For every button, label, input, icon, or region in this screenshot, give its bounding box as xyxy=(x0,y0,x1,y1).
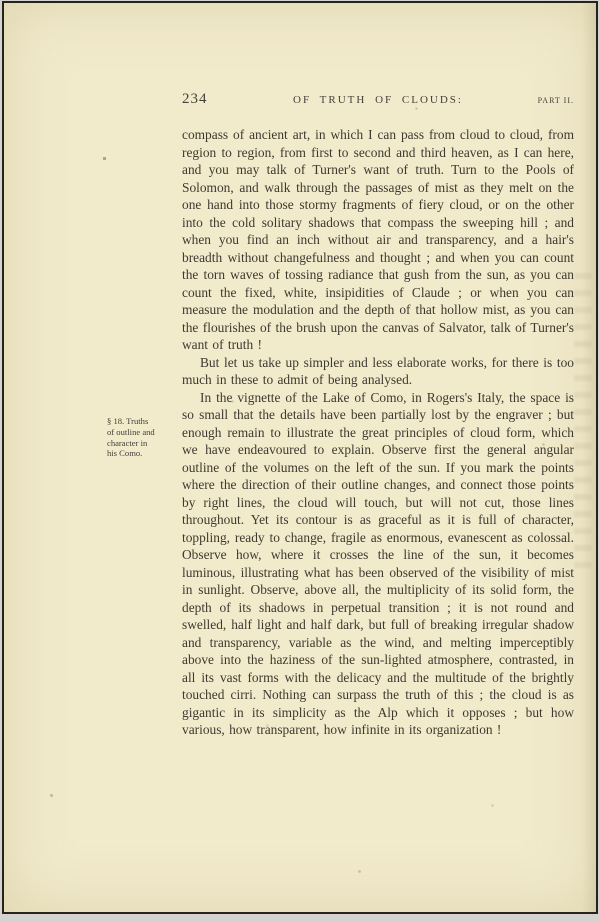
page-edge-shadow xyxy=(582,3,596,912)
paragraph: But let us take up simpler and less elab… xyxy=(182,354,574,389)
running-title: OF TRUTH OF CLOUDS: xyxy=(252,94,504,106)
paper-sheet: 234 OF TRUTH OF CLOUDS: PART II. § 18. T… xyxy=(2,1,598,914)
scanned-book-page: 234 OF TRUTH OF CLOUDS: PART II. § 18. T… xyxy=(0,0,600,922)
foxing-specks xyxy=(4,3,5,4)
page-number: 234 xyxy=(182,91,252,108)
sidenote-line: § 18. Truths xyxy=(107,416,181,427)
sidenote-line: his Como. xyxy=(107,448,181,459)
show-through-marks xyxy=(574,273,592,573)
sidenote-line: of outline and xyxy=(107,427,181,438)
running-head: 234 OF TRUTH OF CLOUDS: PART II. xyxy=(182,91,574,108)
paragraph: In the vignette of the Lake of Como, in … xyxy=(182,389,574,739)
body-text-block: compass of ancient art, in which I can p… xyxy=(182,126,574,739)
part-label: PART II. xyxy=(504,96,574,105)
margin-sidenote: § 18. Truths of outline and character in… xyxy=(107,416,181,459)
sidenote-line: character in xyxy=(107,438,181,449)
paragraph: compass of ancient art, in which I can p… xyxy=(182,126,574,354)
